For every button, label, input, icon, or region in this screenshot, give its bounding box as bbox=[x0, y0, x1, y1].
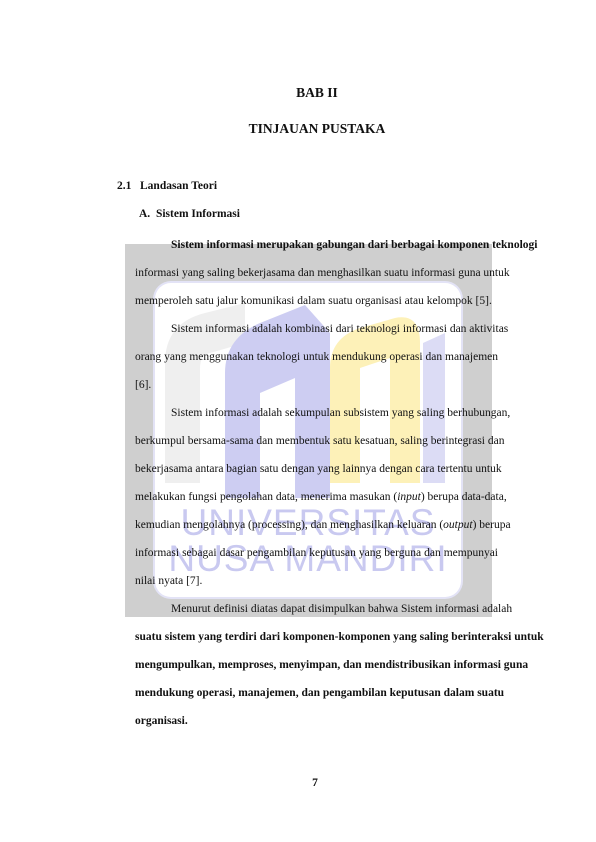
italic-term: output bbox=[443, 519, 472, 531]
subsection-label: A. bbox=[139, 208, 150, 220]
italic-term: input bbox=[397, 491, 421, 503]
paragraph-4-line-2: suatu sistem yang terdiri dari komponen-… bbox=[135, 630, 498, 644]
section-title: Landasan Teori bbox=[140, 180, 217, 192]
paragraph-1-line-3: memperoleh satu jalur komunikasi dalam s… bbox=[135, 294, 498, 308]
paragraph-1-line-1: Sistem informasi merupakan gabungan dari… bbox=[171, 238, 498, 252]
paragraph-3-line-2: berkumpul bersama-sama dan membentuk sat… bbox=[135, 434, 498, 448]
paragraph-4-line-3: mengumpulkan, memproses, menyimpan, dan … bbox=[135, 658, 498, 672]
section-heading: 2.1 Landasan Teori bbox=[117, 180, 217, 192]
paragraph-2-line-2: orang yang menggunakan teknologi untuk m… bbox=[135, 350, 498, 364]
paragraph-1-line-2: informasi yang saling bekerjasama dan me… bbox=[135, 266, 498, 280]
subsection-heading: A. Sistem Informasi bbox=[139, 208, 240, 220]
page-number: 7 bbox=[0, 777, 596, 789]
section-number: 2.1 bbox=[117, 180, 131, 192]
paragraph-2-line-3: [6]. bbox=[135, 378, 498, 392]
paragraph-2-line-1: Sistem informasi adalah kombinasi dari t… bbox=[171, 322, 498, 336]
paragraph-3-line-3: bekerjasama antara bagian satu dengan ya… bbox=[135, 462, 498, 476]
paragraph-4-line-1: Menurut definisi diatas dapat disimpulka… bbox=[171, 602, 498, 616]
chapter-label: BAB II bbox=[0, 85, 596, 101]
subsection-title: Sistem Informasi bbox=[156, 208, 240, 220]
document-page: BAB II TINJAUAN PUSTAKA 2.1 Landasan Teo… bbox=[0, 0, 596, 842]
paragraph-3-line-7: nilai nyata [7]. bbox=[135, 574, 498, 588]
chapter-title: TINJAUAN PUSTAKA bbox=[0, 121, 596, 137]
paragraph-3-line-5: kemudian mengolahnya (processing), dan m… bbox=[135, 518, 498, 532]
paragraph-4-line-5: organisasi. bbox=[135, 714, 498, 728]
paragraph-3-line-4: melakukan fungsi pengolahan data, meneri… bbox=[135, 490, 498, 504]
paragraph-4-line-4: mendukung operasi, manajemen, dan pengam… bbox=[135, 686, 498, 700]
paragraph-3-line-6: informasi sebagai dasar pengambilan kepu… bbox=[135, 546, 498, 560]
paragraph-3-line-1: Sistem informasi adalah sekumpulan subsi… bbox=[171, 406, 498, 420]
